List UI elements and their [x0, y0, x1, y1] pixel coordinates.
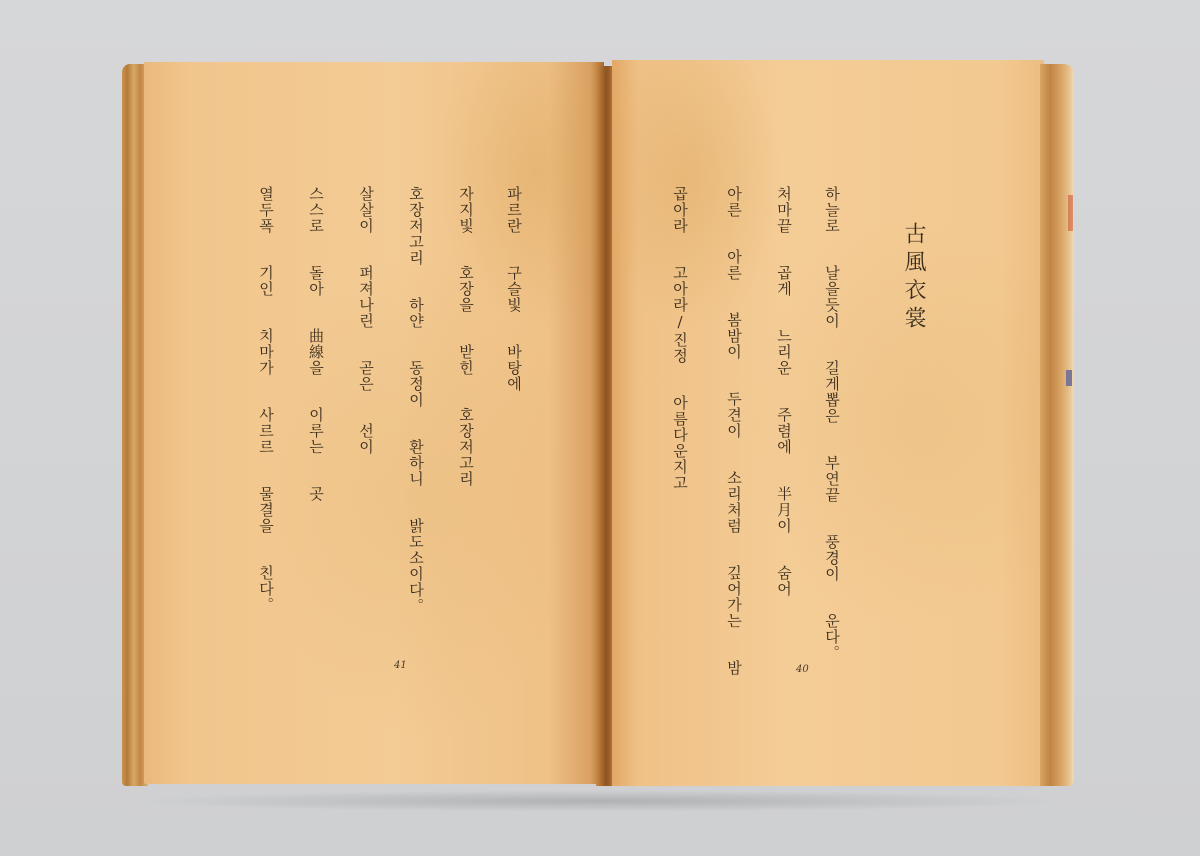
poem-line: 곱아라 고아라/진정 아름다운지고 [672, 186, 687, 491]
edge-stain-blue [1066, 370, 1072, 386]
poem-line: 파르란 구슬빛 바탕에 [506, 186, 521, 392]
poem-line: 살살이 퍼져나린 곧은 선이 [358, 186, 373, 455]
poem-line: 자지빛 호장을 받힌 호장저고리 [458, 186, 473, 487]
page-number-right: 40 [796, 664, 809, 675]
poem-line: 아른 아른 봄밤이 두견이 소리처럼 깊어가는 밤 [726, 186, 741, 676]
poem-line: 처마끝 곱게 느리운 주렴에 半月이 숨어 [776, 186, 791, 597]
poem-line: 하늘로 날을듯이 길게뽑은 부연끝 풍경이 운다。 [824, 186, 839, 661]
edge-stain-red [1068, 195, 1073, 231]
poem-title: 古風衣裳 [898, 222, 929, 334]
right-page-block-edge [1040, 64, 1074, 786]
page-number-left: 41 [394, 660, 407, 671]
poem-line: 스스로 돌아 曲線을 이루는 곳 [308, 186, 323, 502]
poem-line: 호장저고리 하얀 동정이 환하니 밝도소이다。 [408, 186, 423, 614]
poem-line: 열두폭 기인 치마가 사르르 물결을 친다。 [258, 186, 273, 613]
open-book: 古風衣裳 하늘로 날을듯이 길게뽑은 부연끝 풍경이 운다。 처마끝 곱게 느리… [0, 0, 1200, 856]
